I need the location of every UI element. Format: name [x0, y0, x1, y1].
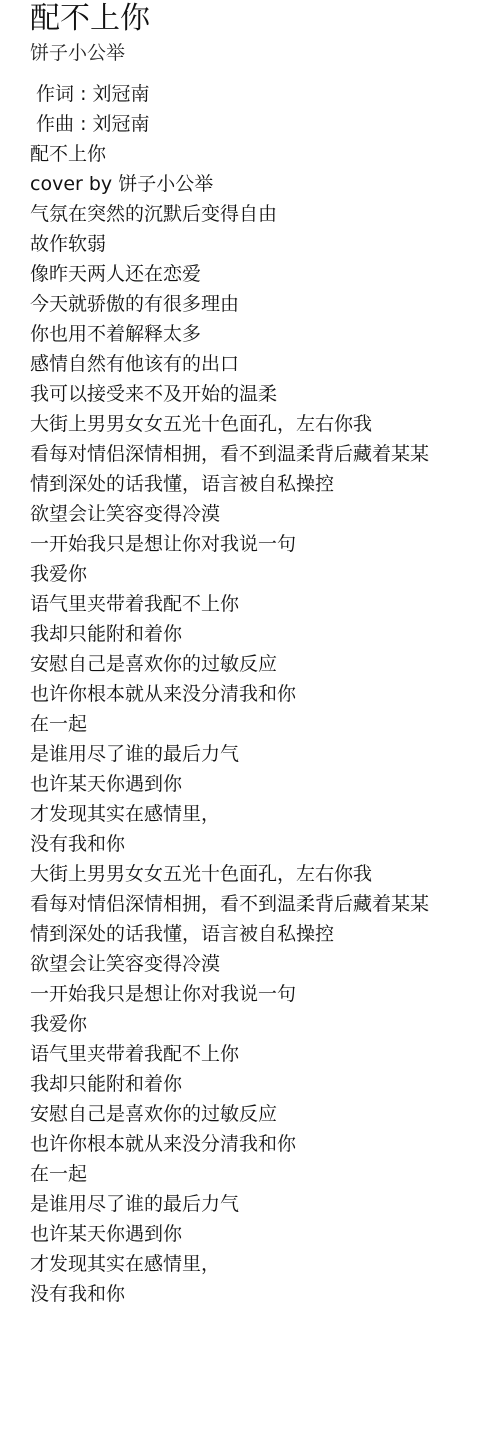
lyrics-page: 配不上你 饼子小公举 作词 : 刘冠南 作曲 : 刘冠南配不上你cover by…: [30, 0, 490, 1309]
lyric-line: 欲望会让笑容变得冷漠: [30, 499, 490, 529]
lyric-line: 是谁用尽了谁的最后力气: [30, 1189, 490, 1219]
lyric-line: 是谁用尽了谁的最后力气: [30, 739, 490, 769]
lyric-line: 我却只能附和着你: [30, 619, 490, 649]
lyric-line: 在一起: [30, 709, 490, 739]
lyric-line: 没有我和你: [30, 1279, 490, 1309]
lyric-line: 也许某天你遇到你: [30, 769, 490, 799]
lyric-line: 像昨天两人还在恋爱: [30, 259, 490, 289]
lyric-line: 语气里夹带着我配不上你: [30, 1039, 490, 1069]
lyric-line: 情到深处的话我懂，语言被自私操控: [30, 469, 490, 499]
lyric-line: 你也用不着解释太多: [30, 319, 490, 349]
lyric-line: 安慰自己是喜欢你的过敏反应: [30, 649, 490, 679]
lyrics-body: 作词 : 刘冠南 作曲 : 刘冠南配不上你cover by 饼子小公举气氛在突然…: [30, 79, 490, 1309]
lyric-line: 在一起: [30, 1159, 490, 1189]
lyric-line: 语气里夹带着我配不上你: [30, 589, 490, 619]
lyric-line: 一开始我只是想让你对我说一句: [30, 979, 490, 1009]
song-artist: 饼子小公举: [30, 39, 490, 67]
lyric-line: 作词 : 刘冠南: [30, 79, 490, 109]
lyric-line: cover by 饼子小公举: [30, 169, 490, 199]
song-title: 配不上你: [30, 1, 490, 37]
lyric-line: 欲望会让笑容变得冷漠: [30, 949, 490, 979]
lyric-line: 作曲 : 刘冠南: [30, 109, 490, 139]
lyric-line: 才发现其实在感情里，: [30, 799, 490, 829]
lyric-line: 一开始我只是想让你对我说一句: [30, 529, 490, 559]
lyric-line: 大街上男男女女五光十色面孔，左右你我: [30, 859, 490, 889]
lyric-line: 我爱你: [30, 1009, 490, 1039]
lyric-line: 看每对情侣深情相拥，看不到温柔背后藏着某某: [30, 439, 490, 469]
lyric-line: 也许你根本就从来没分清我和你: [30, 679, 490, 709]
lyric-line: 故作软弱: [30, 229, 490, 259]
lyric-line: 也许你根本就从来没分清我和你: [30, 1129, 490, 1159]
lyric-line: 没有我和你: [30, 829, 490, 859]
lyric-line: 我却只能附和着你: [30, 1069, 490, 1099]
lyric-line: 情到深处的话我懂，语言被自私操控: [30, 919, 490, 949]
lyric-line: 也许某天你遇到你: [30, 1219, 490, 1249]
lyric-line: 感情自然有他该有的出口: [30, 349, 490, 379]
lyric-line: 才发现其实在感情里，: [30, 1249, 490, 1279]
lyric-line: 大街上男男女女五光十色面孔，左右你我: [30, 409, 490, 439]
lyric-line: 我可以接受来不及开始的温柔: [30, 379, 490, 409]
lyric-line: 今天就骄傲的有很多理由: [30, 289, 490, 319]
lyric-line: 我爱你: [30, 559, 490, 589]
lyric-line: 气氛在突然的沉默后变得自由: [30, 199, 490, 229]
lyric-line: 配不上你: [30, 139, 490, 169]
lyric-line: 安慰自己是喜欢你的过敏反应: [30, 1099, 490, 1129]
lyric-line: 看每对情侣深情相拥，看不到温柔背后藏着某某: [30, 889, 490, 919]
